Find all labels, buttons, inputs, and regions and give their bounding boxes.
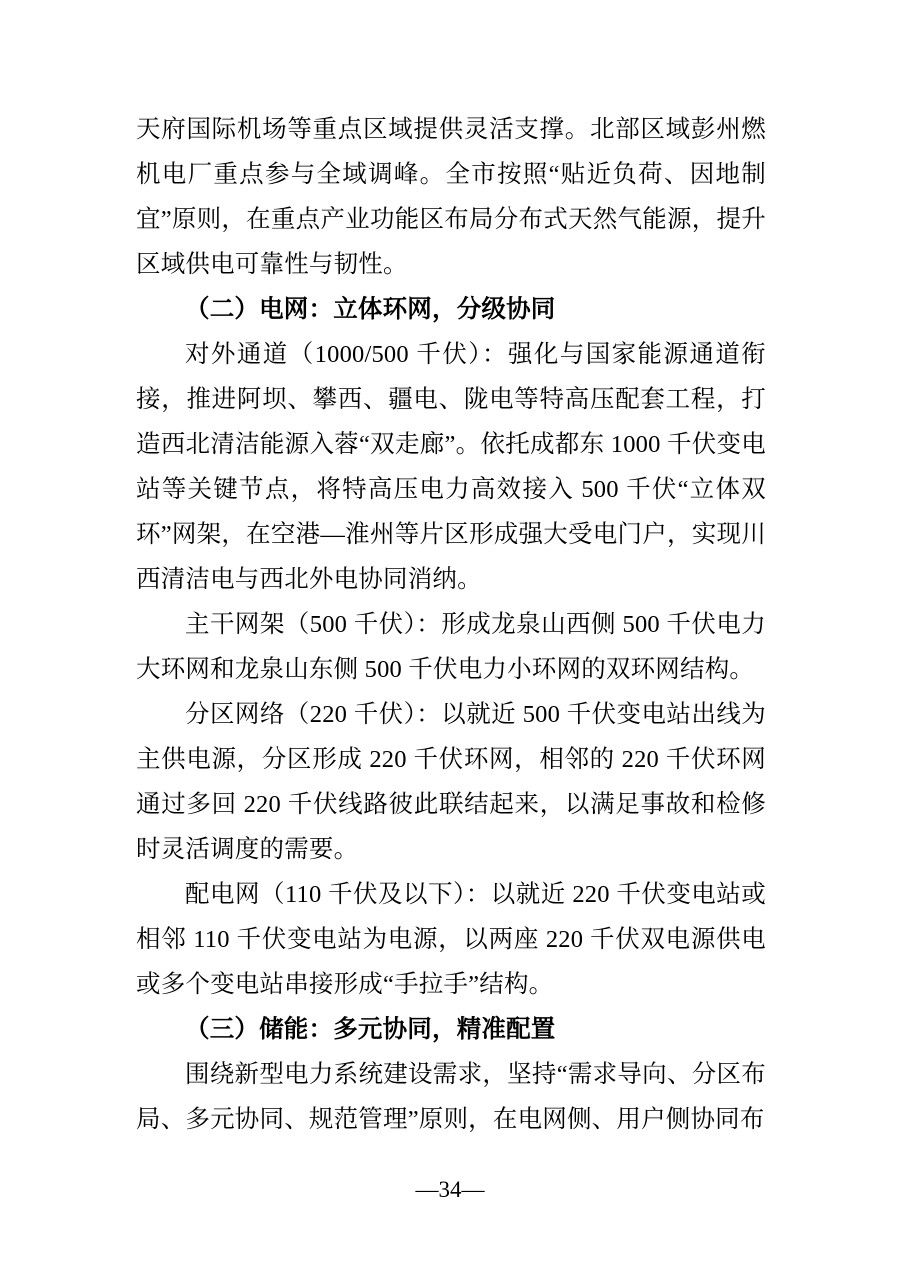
section-heading: （二）电网：立体环网，分级协同 [136,287,766,332]
document-page: 天府国际机场等重点区域提供灵活支撑。北部区域彭州燃机电厂重点参与全域调峰。全市按… [0,0,900,1272]
page-number: —34— [0,1176,900,1204]
body-paragraph: 对外通道（1000/500 千伏）：强化与国家能源通道衔接，推进阿坝、攀西、疆电… [136,332,766,602]
body-paragraph: 分区网络（220 千伏）：以就近 500 千伏变电站出线为主供电源，分区形成 2… [136,692,766,872]
body-paragraph: 天府国际机场等重点区域提供灵活支撑。北部区域彭州燃机电厂重点参与全域调峰。全市按… [136,107,766,287]
document-body: 天府国际机场等重点区域提供灵活支撑。北部区域彭州燃机电厂重点参与全域调峰。全市按… [136,107,766,1142]
body-paragraph: 主干网架（500 千伏）：形成龙泉山西侧 500 千伏电力大环网和龙泉山东侧 5… [136,602,766,692]
body-paragraph: 配电网（110 千伏及以下）：以就近 220 千伏变电站或相邻 110 千伏变电… [136,872,766,1007]
body-paragraph: 围绕新型电力系统建设需求，坚持“需求导向、分区布局、多元协同、规范管理”原则，在… [136,1052,766,1142]
section-heading: （三）储能：多元协同，精准配置 [136,1007,766,1052]
